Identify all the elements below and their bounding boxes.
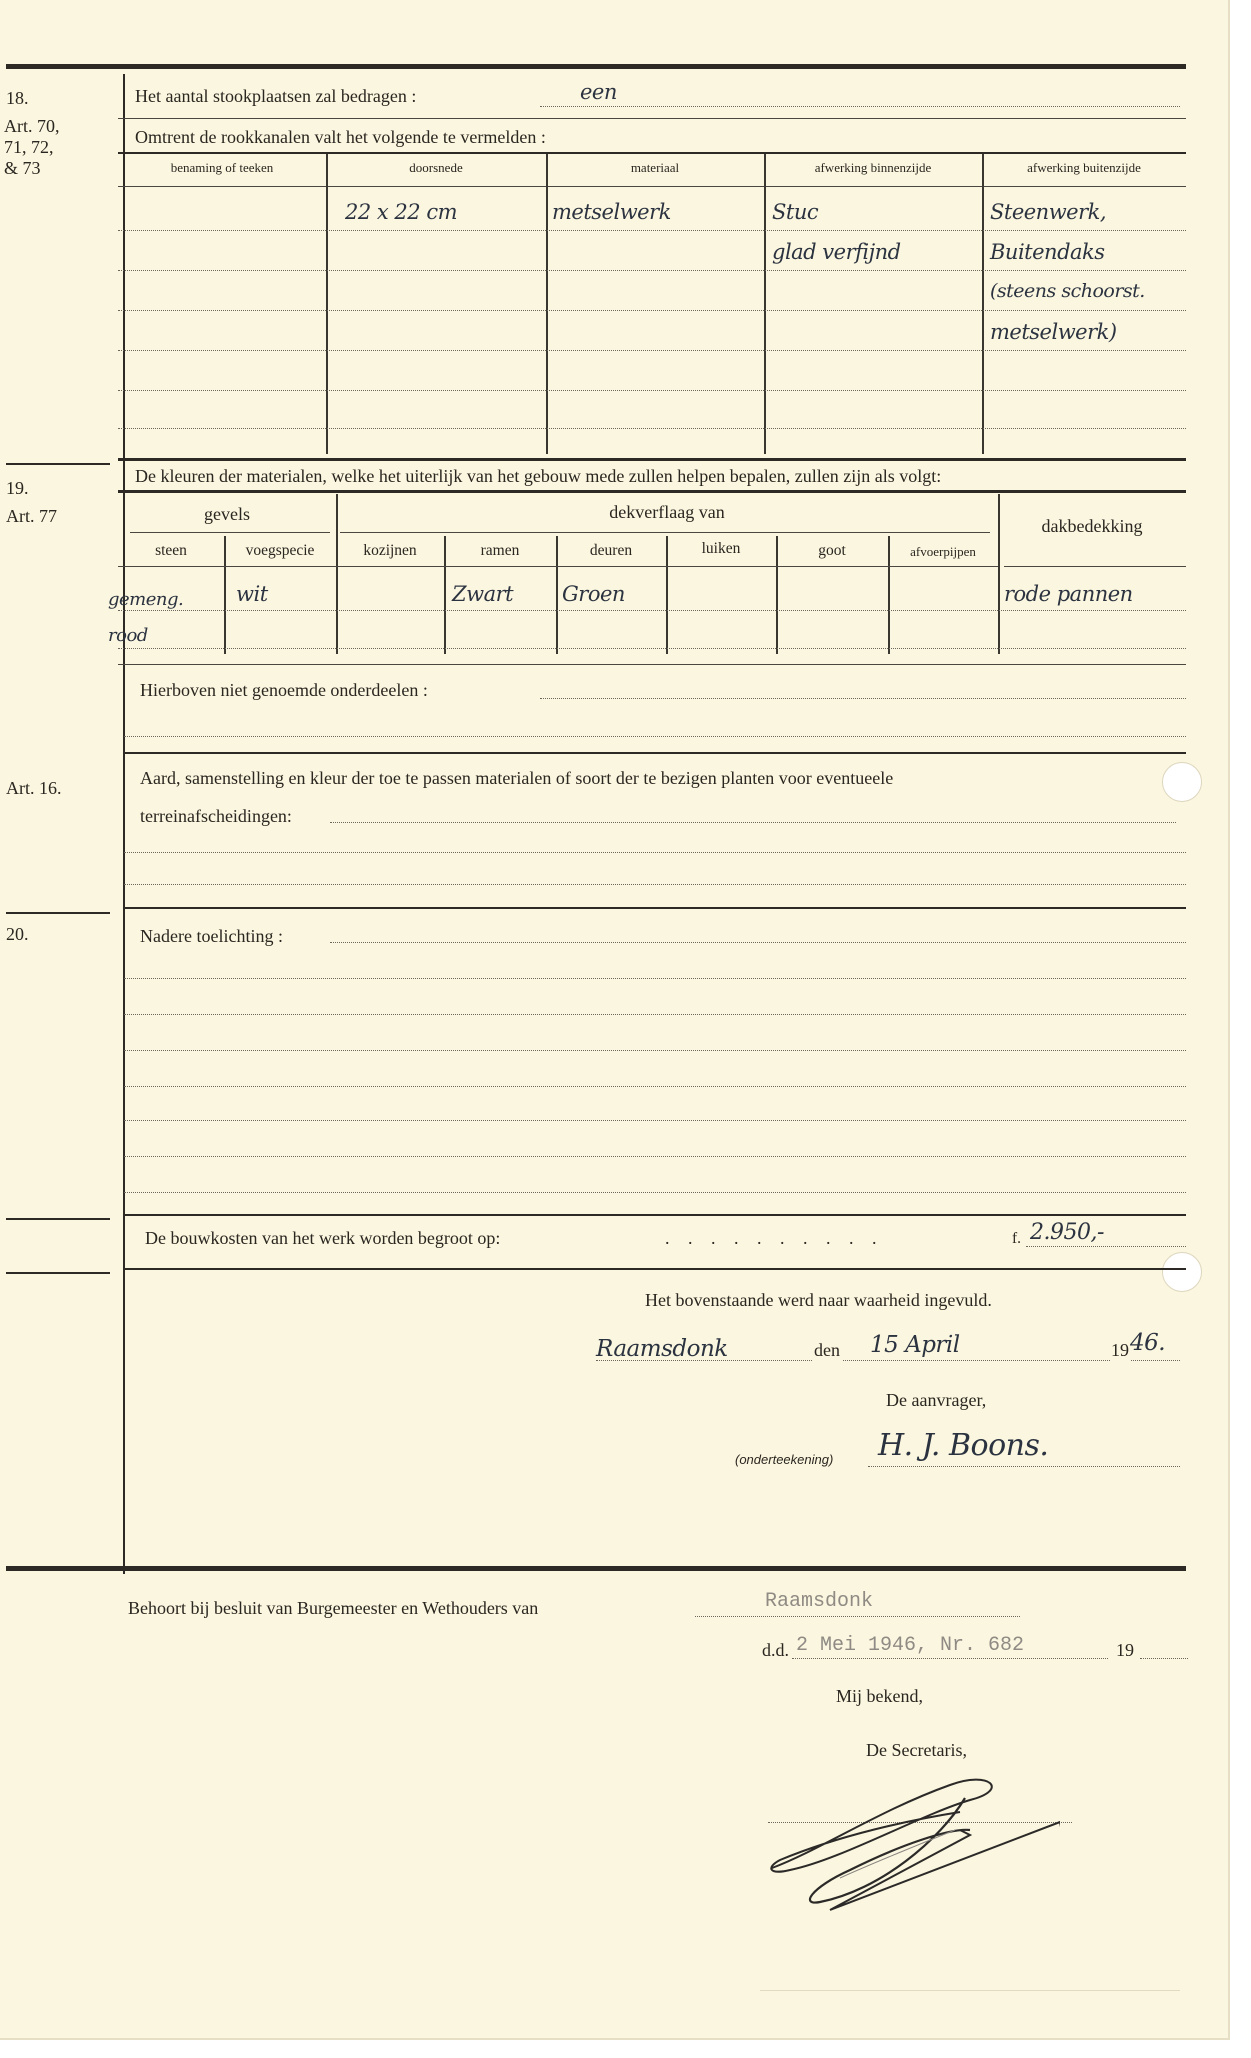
rule xyxy=(6,912,110,914)
approval-decision-ref: 2 Mei 1946, Nr. 682 xyxy=(796,1634,1024,1657)
cell-steen[interactable]: gemeng. rood xyxy=(108,582,226,654)
declaration-date-line xyxy=(596,1360,1180,1361)
rule xyxy=(6,463,110,465)
col-header-afvoerpijpen: afvoerpijpen xyxy=(888,544,998,560)
rule xyxy=(118,566,998,567)
cell-buitenzijde-2[interactable]: Buitendaks xyxy=(990,240,1105,264)
rule xyxy=(6,1272,110,1274)
rule xyxy=(760,1990,1180,1991)
col-header-dakbedekking: dakbedekking xyxy=(998,516,1186,537)
col-header-materiaal: materiaal xyxy=(546,160,764,176)
secretary-label: De Secretaris, xyxy=(866,1740,967,1761)
col-divider xyxy=(764,154,766,454)
known-label: Mij bekend, xyxy=(836,1686,923,1707)
row-line xyxy=(118,648,1186,649)
terrein-text-line1: Aard, samenstelling en kleur der toe te … xyxy=(140,768,893,789)
cell-binnenzijde-2[interactable]: glad verfijnd xyxy=(772,240,901,264)
signature-line xyxy=(868,1466,1180,1467)
form-page: 18. Art. 70, 71, 72, & 73 Het aantal sto… xyxy=(0,0,1230,2040)
cell-materiaal[interactable]: metselwerk xyxy=(552,200,671,224)
terrein-text-line2: terreinafscheidingen: xyxy=(140,806,292,827)
declaration-date[interactable]: 15 April xyxy=(870,1332,960,1358)
col-header-goot: goot xyxy=(776,542,888,560)
margin-rule xyxy=(123,74,125,1574)
section-20-number: 20. xyxy=(6,924,29,945)
approval-year-prefix: 19 xyxy=(1116,1640,1134,1661)
other-parts-line-2[interactable] xyxy=(124,736,1186,737)
cell-buitenzijde-3[interactable]: (steens schoorst. xyxy=(990,280,1145,302)
decision-line xyxy=(792,1658,1108,1659)
top-rule xyxy=(6,64,1186,69)
terrein-line-2[interactable] xyxy=(124,852,1186,853)
rule xyxy=(124,752,1186,754)
col-header-afwerking-binnenzijde: afwerking binnenzijde xyxy=(764,160,982,176)
approval-municipality: Raamsdonk xyxy=(765,1590,873,1613)
section-19-articles: Art. 77 xyxy=(6,506,57,527)
col-header-voegspecie: voegspecie xyxy=(224,542,336,560)
rule xyxy=(118,458,1186,461)
signature-label: (onderteekening) xyxy=(735,1452,833,1467)
toelichting-line[interactable] xyxy=(124,1050,1186,1051)
col-header-steen: steen xyxy=(118,542,224,560)
col-divider xyxy=(998,494,1000,654)
stookplaatsen-value[interactable]: een xyxy=(580,80,617,104)
cell-voegspecie[interactable]: wit xyxy=(236,582,268,606)
terrein-line-3[interactable] xyxy=(124,884,1186,885)
bottom-rule xyxy=(6,1566,1186,1571)
rule xyxy=(124,1268,1186,1270)
col-divider xyxy=(326,154,328,454)
cell-buitenzijde-4[interactable]: metselwerk) xyxy=(990,320,1117,344)
kleuren-intro: De kleuren der materialen, welke het uit… xyxy=(135,466,941,487)
rule xyxy=(118,118,1186,119)
section-18-number: 18. xyxy=(6,88,29,109)
row-line xyxy=(118,610,1186,611)
toelichting-line[interactable] xyxy=(124,978,1186,979)
toelichting-line[interactable] xyxy=(124,1120,1186,1121)
toelichting-line[interactable] xyxy=(330,942,1186,943)
stookplaatsen-label: Het aantal stookplaatsen zal bedragen : xyxy=(135,86,416,107)
other-parts-label: Hierboven niet genoemde onderdeelen : xyxy=(140,680,428,701)
col-header-kozijnen: kozijnen xyxy=(336,542,444,560)
cell-ramen[interactable]: Zwart xyxy=(452,582,513,606)
terrein-line[interactable] xyxy=(330,822,1176,823)
rookkanalen-label: Omtrent de rookkanalen valt het volgende… xyxy=(135,127,546,148)
row-line xyxy=(118,428,1186,429)
punch-hole xyxy=(1162,1252,1202,1292)
rule xyxy=(118,186,1186,187)
col-header-deuren: deuren xyxy=(556,542,666,560)
col-header-afwerking-buitenzijde: afwerking buitenzijde xyxy=(982,160,1186,176)
rule xyxy=(340,532,990,533)
article-16-label: Art. 16. xyxy=(6,778,62,799)
group-header-gevels: gevels xyxy=(118,504,336,525)
rule xyxy=(118,152,1186,154)
rule xyxy=(6,1218,110,1220)
cell-deuren[interactable]: Groen xyxy=(562,582,625,606)
toelichting-label: Nadere toelichting : xyxy=(140,926,283,947)
applicant-label: De aanvrager, xyxy=(886,1390,986,1411)
col-header-luiken: luiken xyxy=(666,540,776,558)
group-header-dekverflaag: dekverflaag van xyxy=(336,502,998,523)
rule xyxy=(124,907,1186,909)
declaration-statement: Het bovenstaande werd naar waarheid inge… xyxy=(645,1290,992,1311)
secretary-signature-icon xyxy=(760,1760,1060,1920)
row-line xyxy=(118,390,1186,391)
cell-binnenzijde-1[interactable]: Stuc xyxy=(772,200,818,224)
cell-buitenzijde-1[interactable]: Steenwerk, xyxy=(990,200,1106,224)
approval-label: Behoort bij besluit van Burgemeester en … xyxy=(128,1598,538,1619)
punch-hole xyxy=(1162,762,1202,802)
year-suffix[interactable]: 46. xyxy=(1130,1330,1165,1356)
col-header-doorsnede: doorsnede xyxy=(326,160,546,176)
costs-line xyxy=(1026,1246,1186,1247)
section-18-articles: Art. 70, 71, 72, & 73 xyxy=(4,116,60,179)
col-divider xyxy=(336,494,338,654)
col-header-benaming: benaming of teeken xyxy=(118,160,326,176)
costs-label: De bouwkosten van het werk worden begroo… xyxy=(145,1228,500,1249)
other-parts-line[interactable] xyxy=(540,698,1186,699)
den-label: den xyxy=(812,1340,842,1361)
approval-year-line xyxy=(1140,1658,1188,1659)
col-divider xyxy=(546,154,548,454)
row-line xyxy=(118,270,1186,271)
row-line xyxy=(118,230,1186,231)
toelichting-line[interactable] xyxy=(124,1014,1186,1015)
applicant-signature[interactable]: H. J. Boons. xyxy=(878,1428,1048,1463)
stookplaatsen-line xyxy=(540,106,1180,107)
declaration-place[interactable]: Raamsdonk xyxy=(596,1336,728,1362)
costs-leader: . . . . . . . . . . xyxy=(665,1228,884,1249)
toelichting-line[interactable] xyxy=(124,1156,1186,1157)
dd-label: d.d. xyxy=(762,1640,789,1661)
rule xyxy=(1004,566,1186,567)
rule xyxy=(130,532,330,533)
toelichting-line[interactable] xyxy=(124,1192,1186,1193)
costs-amount[interactable]: 2.950,- xyxy=(1030,1220,1104,1245)
col-header-ramen: ramen xyxy=(444,542,556,560)
costs-currency: f. xyxy=(1012,1230,1021,1248)
rule xyxy=(118,490,1186,493)
rule xyxy=(118,664,1186,665)
col-divider xyxy=(982,154,984,454)
row-line xyxy=(118,350,1186,351)
cell-doorsnede[interactable]: 22 x 22 cm xyxy=(345,200,457,224)
municipality-line xyxy=(695,1616,1020,1617)
cell-dakbedekking[interactable]: rode pannen xyxy=(1004,582,1133,606)
toelichting-line[interactable] xyxy=(124,1086,1186,1087)
rule xyxy=(124,1214,1186,1216)
row-line xyxy=(118,310,1186,311)
year-prefix: 19 xyxy=(1110,1340,1130,1361)
section-19-number: 19. xyxy=(6,478,29,499)
